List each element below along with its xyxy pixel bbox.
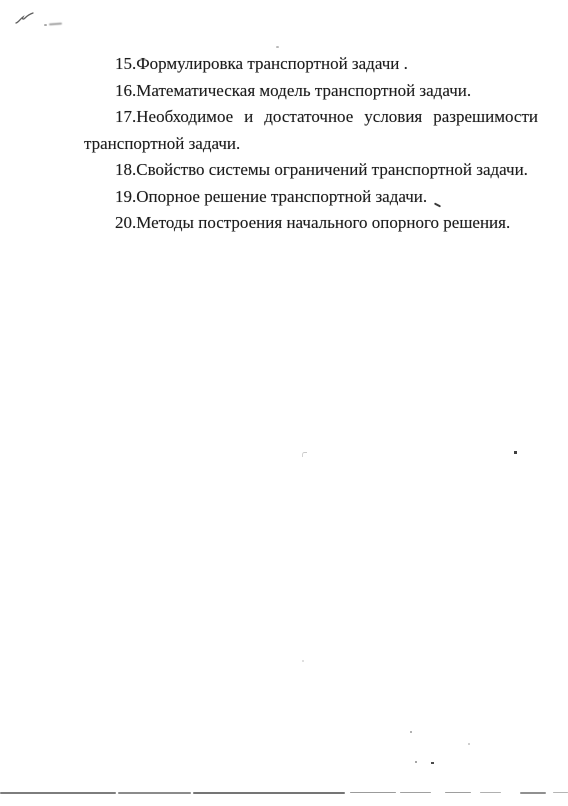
dust-speck [431, 762, 434, 764]
scan-edge-segment [445, 792, 471, 793]
scan-edge-segment [400, 792, 431, 793]
scanned-document-page: 15.Формулировка транспортной задачи . 16… [0, 0, 568, 806]
list-item-19: 19.Опорное решение транспортной задачи. [84, 184, 538, 211]
scan-edge-segment [480, 792, 501, 793]
dust-speck [276, 46, 279, 48]
list-item-18: 18.Свойство системы ограничений транспор… [84, 157, 538, 184]
list-item-20: 20.Методы построения начального опорного… [84, 210, 538, 237]
scan-edge-segment [350, 792, 396, 793]
pen-squiggle-mark [15, 11, 35, 27]
faint-curl-mark [302, 452, 307, 457]
scan-edge-segment [118, 792, 191, 794]
smudge-mark-dash [49, 23, 62, 26]
list-item-16: 16.Математическая модель транспортной за… [84, 78, 538, 105]
list-block: 15.Формулировка транспортной задачи . 16… [84, 51, 538, 237]
dust-speck [410, 731, 412, 733]
scan-edge-segment [553, 792, 568, 793]
dust-speck [468, 743, 470, 745]
dust-speck [415, 761, 417, 763]
scan-edge-segment [0, 792, 116, 794]
dust-speck [302, 660, 304, 662]
scan-edge-segment [193, 792, 345, 794]
ink-dot [514, 451, 517, 454]
list-item-17: 17.Необходимое и достаточное условия раз… [84, 104, 538, 157]
scan-edge-segment [520, 792, 546, 794]
list-item-15: 15.Формулировка транспортной задачи . [84, 51, 538, 78]
smudge-mark-dot [44, 24, 47, 26]
